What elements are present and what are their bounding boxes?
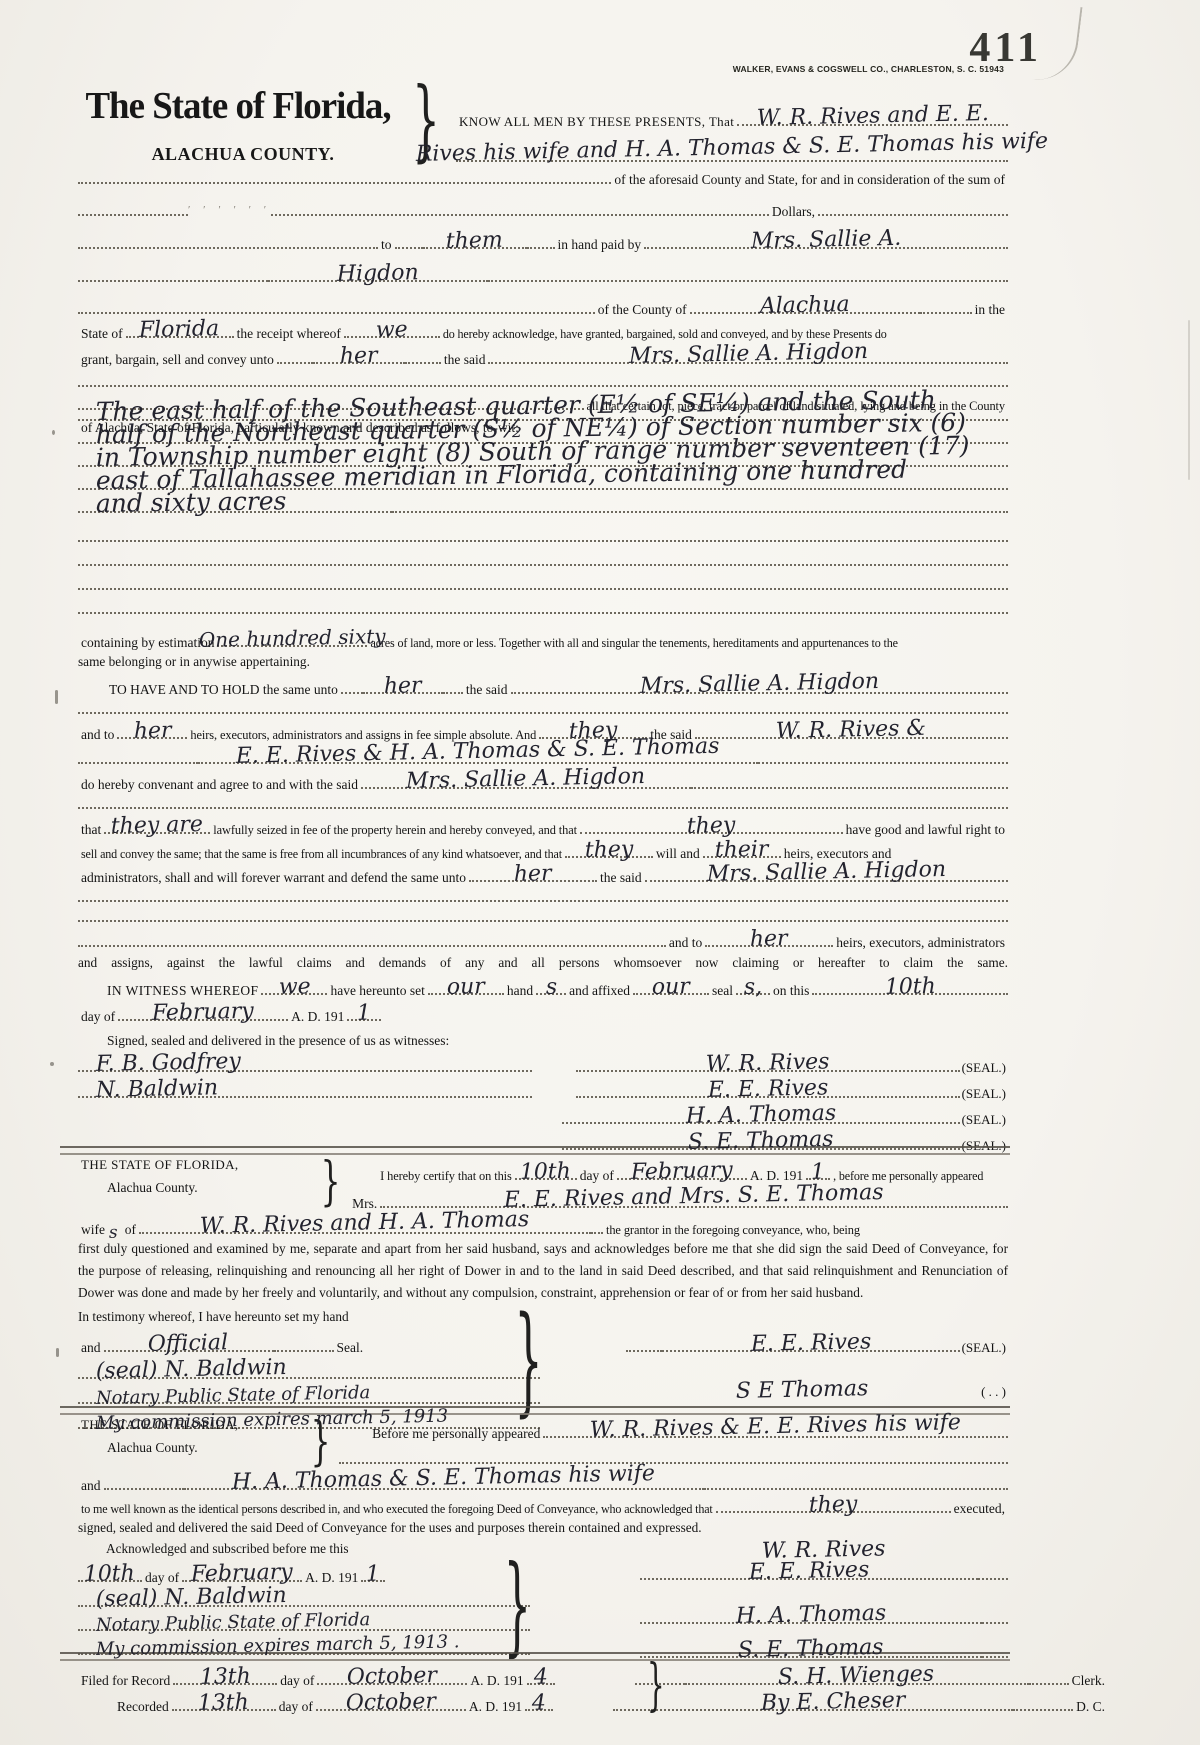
ad-label: A. D. 191 [302,1571,361,1585]
witness-signature: N. Baldwin [92,1080,223,1099]
scan-speck [56,1348,59,1357]
day-of-label: day of [78,1010,118,1024]
dotted-rule [271,212,769,216]
seal-word-label: Seal. [334,1341,367,1355]
that-label: that [78,823,104,837]
affixed-label: and affixed [566,984,633,998]
scan-speck [1188,320,1190,480]
grantee-handwriting: Mrs. Sallie A. Higdon [402,768,650,790]
dotted-rule [78,805,1008,809]
seal-annotation: (SEAL.) [960,1061,1008,1074]
their-handwriting: their [711,841,773,859]
day-handwriting: 10th [516,1163,575,1181]
in-the-label: in the [972,303,1008,317]
clerk-label: Clerk. [1069,1674,1108,1688]
before-me-label: Before me personally appeared [369,1427,543,1441]
filed-month-handwriting: October [343,1667,441,1686]
year-handwriting: 1 [362,1566,384,1583]
unto-handwriting: her [336,348,382,365]
recorded-day-handwriting: 13th [194,1694,253,1712]
payee-handwriting-2: Higdon [333,265,423,283]
filed-year-handwriting: 4 [529,1669,551,1686]
plural-s-handwriting: s, [740,979,767,996]
paid-to-handwriting: them [442,232,507,250]
warrant-text: administrators, shall and will forever w… [78,871,469,885]
ad-label: A. D. 191 [747,1169,806,1183]
the-said-label: the said [441,353,489,367]
receipt-handwriting: we [372,322,412,339]
witness-signature: F. B. Godfrey [92,1053,245,1073]
grantor-signature: E. E. Rives [703,1080,832,1099]
payee-handwriting-1: Mrs. Sallie A. [746,230,905,250]
recorded-year-handwriting: 4 [528,1695,550,1712]
the-said-label: the said [597,871,645,885]
they-handwriting: they [805,1496,862,1514]
dotted-rule [704,1486,1009,1490]
they-handwriting: they [683,817,740,835]
seized-text: lawfully seized in fee of the property h… [210,824,580,836]
dotted-rule [818,212,1008,216]
notary-title-handwriting: Notary Public State of Florida [92,1386,375,1405]
notary-seal-signature: (seal) N. Baldwin [92,1359,291,1380]
day-of-label: day of [276,1700,316,1714]
ad-label: A. D. 191 [288,1010,347,1024]
dotted-rule [1029,1681,1069,1685]
plural-s-handwriting: s [541,979,561,996]
dotted-rule [78,710,1008,714]
acres-text: acres of land, more or less. Together wi… [367,637,900,649]
appeared-handwriting-1: W. R. Rives & E. E. Rives his wife [586,1415,965,1439]
signed-sealed-text: signed, sealed and delivered the said De… [78,1517,1008,1538]
her-handwriting: her [746,931,792,948]
receipt-label: the receipt whereof [234,327,344,341]
grantee-handwriting: Mrs. Sallie A. Higdon [624,343,872,365]
dotted-rule [78,562,1008,566]
recorded-label: Recorded [114,1700,172,1714]
state-title: The State of Florida, [78,84,398,128]
state-of-label: State of [78,327,126,341]
testimony-text: In testimony whereof, I have hereunto se… [78,1306,540,1330]
month-handwriting: February [148,1003,258,1022]
dotted-rule [339,1460,1008,1464]
grantee-handwriting: Mrs. Sallie A. Higdon [702,861,950,883]
dotted-rule [395,245,423,249]
deputy-clerk-label: D. C. [1073,1700,1108,1714]
ad-label: A. D. 191 [466,1700,525,1714]
notary-county-label: Alachua County. [104,1441,304,1455]
seal-label: seal [709,984,736,998]
certify-label: I hereby certify that on this [377,1170,515,1182]
on-this-label: on this [770,984,812,998]
grantor-handwriting-1: W. R. Rives & [772,720,931,740]
grantor-text: the grantor in the foregoing conveyance,… [603,1224,863,1236]
heirs-administrators-label: heirs, executors, administrators [833,936,1008,950]
dotted-rule [78,586,1008,590]
notary-commission-handwriting: My commission expires march 5, 1913 . [92,1635,464,1656]
of-label: of [122,1223,139,1237]
dotted-rule [527,245,555,249]
know-all-men-label: KNOW ALL MEN BY THESE PRESENTS, That [456,115,737,128]
dotted-rule [78,610,1008,614]
the-said-label: the said [463,683,511,697]
seal-annotation: (SEAL.) [960,1341,1008,1354]
executed-label: executed, [951,1502,1008,1516]
filed-for-record-label: Filed for Record [78,1674,173,1688]
filing-brace: } [647,1658,665,1714]
and-to-label: and to [666,936,705,950]
notary-acknowledgment-section: THE STATE OF FLORIDA, Alachua County. } … [78,1418,1008,1662]
signature-row: N. Baldwin E. E. Rives (SEAL.) [78,1076,1008,1102]
property-description: The east half of the Southeast quarter (… [78,402,1008,517]
dotted-rule [78,898,1008,902]
dotted-rule [591,1230,603,1234]
day-of-label: day of [142,1571,182,1585]
plural-s-handwriting: s [105,1227,122,1240]
dower-paragraph-2: the purpose of releasing, relinquishing … [78,1260,1008,1282]
testimony-brace: } [514,1300,543,1418]
our-handwriting: our [648,979,694,996]
dotted-rule [1013,1707,1073,1711]
dower-signature-1: E. E. Rives [746,1334,875,1353]
to-label: to [378,238,395,252]
wives-handwriting: E. E. Rives and Mrs. S. E. Thomas [500,1184,888,1209]
description-line: and sixty acres [92,492,291,514]
dotted-rule [78,918,1008,922]
dotted-rule [78,180,611,184]
seal-scrawl: ( . . ) [979,1385,1008,1398]
acknowledgment-signature: E. E. Rives [744,1562,873,1581]
dotted-rule [982,1620,1008,1624]
clerk-signature: S. H. Wienges [774,1666,939,1686]
filed-day-handwriting: 13th [195,1668,254,1686]
acknowledgment-signature: H. A. Thomas [731,1605,890,1625]
county-of-label: of the County of [595,303,690,317]
in-witness-label: IN WITNESS WHEREOF [104,984,261,998]
faded-amount-handwriting: ′ ′ ′ ′ ′ ′ [188,204,271,216]
state-handwriting: Florida [135,321,224,339]
notary-dower-section: THE STATE OF FLORIDA, Alachua County. } … [78,1158,1008,1433]
dotted-rule [443,690,463,694]
dotted-rule [920,310,972,314]
month-handwriting: February [187,1564,297,1583]
dotted-rule [78,760,198,764]
signature-row: H. A. Thomas (SEAL.) [78,1102,1008,1128]
filing-section: } Filed for Record 13th day of October A… [78,1662,1108,1715]
recorded-month-handwriting: October [341,1693,439,1712]
and-to-label: and to [78,728,117,742]
corner-scan-line [1025,1,1082,84]
our-handwriting: our [443,979,489,996]
day-handwriting: 10th [80,1565,139,1583]
grantors-handwriting: E. E. Rives & H. A. Thomas & S. E. Thoma… [232,738,724,765]
they-are-handwriting: they are [107,816,207,835]
signature-row: F. B. Godfrey W. R. Rives (SEAL.) [78,1049,1008,1076]
acknowledgment-signature: S. E. Thomas [734,1639,888,1659]
seal-annotation: (SEAL.) [960,1087,1008,1100]
notary-title-handwriting: Notary Public State of Florida [92,1613,375,1632]
grant-label: grant, bargain, sell and convey unto [78,353,277,367]
dotted-rule [78,943,666,947]
dower-paragraph-1: first duly questioned and examined by me… [78,1238,1008,1260]
dotted-rule [78,278,268,282]
notary-brace: } [321,1156,341,1208]
set-label: have hereunto set [327,984,427,998]
habendum-section: containing by estimation One hundred six… [78,628,1008,1154]
dollars-label: Dollars, [769,205,818,219]
appeared-handwriting-2: H. A. Thomas & S. E. Thomas his wife [228,1465,659,1491]
dotted-rule [78,310,595,314]
year-handwriting: 1 [353,1005,375,1022]
grantors-handwriting-1: W. R. Rives and E. E. [752,105,992,127]
and-label: and [78,1479,104,1493]
notary-county-label: Alachua County. [104,1181,314,1195]
month-handwriting: February [627,1162,737,1181]
her-handwriting: her [510,866,556,883]
sell-convey-text: sell and convey the same; that the same … [78,848,565,860]
grantee-handwriting: Mrs. Sallie A. Higdon [635,673,883,695]
in-hand-paid-label: in hand paid by [555,238,645,252]
scan-speck [52,430,55,435]
year-handwriting: 1 [807,1164,829,1181]
day-of-label: day of [277,1674,317,1688]
notary-seal-signature: (seal) N. Baldwin [92,1587,291,1608]
deputy-clerk-signature: By E. Cheser [757,1692,910,1712]
dower-paragraph-3: Dower was done and made by her freely an… [78,1282,1008,1304]
acreage-handwriting: One hundred sixty [195,629,390,648]
day-handwriting: 10th [880,978,939,996]
dotted-rule [78,212,188,216]
will-and-label: will and [653,847,703,861]
grantor-signature: S. E. Thomas [684,1131,838,1151]
dotted-rule [392,509,1008,513]
mrs-label: Mrs. [349,1197,380,1211]
claims-text: and assigns, against the lawful claims a… [78,951,1008,974]
her-handwriting: her [129,723,175,740]
dotted-rule [277,360,313,364]
ad-label: A. D. 191 [467,1674,526,1688]
acknowledge-text: do hereby acknowledge, have granted, bar… [440,328,890,340]
notary-state-label: THE STATE OF FLORIDA, [78,1158,314,1171]
hand-label: hand [504,984,536,998]
covenant-label: do hereby convenant and agree to and wit… [78,778,361,792]
dotted-rule [341,690,363,694]
printer-imprint: WALKER, EVANS & COGSWELL CO., CHARLESTON… [733,64,1004,74]
seal-annotation: (SEAL.) [960,1113,1008,1126]
official-handwriting: Official [144,1335,232,1353]
dotted-rule [78,245,378,249]
lawful-right-text: have good and lawful right to [843,823,1008,837]
dotted-rule [405,360,441,364]
to-have-label: TO HAVE AND TO HOLD the same unto [106,683,341,697]
we-handwriting: we [274,979,314,996]
they-handwriting: they [580,841,637,859]
grantor-signature: W. R. Rives [702,1054,834,1073]
signed-sealed-label: Signed, sealed and delivered in the pres… [104,1034,452,1048]
unto-handwriting: her [380,678,426,695]
dotted-rule [104,1486,184,1490]
divider-rule [60,1146,1010,1155]
grantor-signature: H. A. Thomas [681,1105,840,1125]
deed-heading: The State of Florida, ALACHUA COUNTY. } … [78,84,1008,166]
dotted-rule [978,1576,1008,1580]
dotted-rule [274,1348,334,1352]
dower-signature-2: S E Thomas [732,1381,873,1400]
well-known-text: to me well known as the identical person… [78,1503,716,1515]
acknowledgment-brace: } [504,1552,531,1660]
dotted-rule [691,785,1008,789]
dotted-rule [758,760,1008,764]
acknowledged-text: Acknowledged and subscribed before me th… [78,1538,530,1560]
county-handwriting: Alachua [755,296,853,315]
wife-label: wife [78,1223,105,1237]
aforesaid-text: of the aforesaid County and State, for a… [611,173,1008,187]
day-of-label: day of [577,1169,617,1183]
scan-speck [50,1062,54,1066]
dotted-rule [488,278,1008,282]
acknowledgment-signature: W. R. Rives [758,1541,890,1560]
blank-rules [78,522,1008,618]
scan-speck [55,690,58,704]
notary-commission-handwriting: My commission expires march 5, 1913 [92,1409,453,1430]
dotted-rule [78,538,1008,542]
and-label: and [78,1341,104,1355]
deed-record-page: 411 WALKER, EVANS & COGSWELL CO., CHARLE… [0,0,1200,1745]
dotted-rule [626,1348,662,1352]
husbands-handwriting: W. R. Rives and H. A. Thomas [196,1211,534,1235]
